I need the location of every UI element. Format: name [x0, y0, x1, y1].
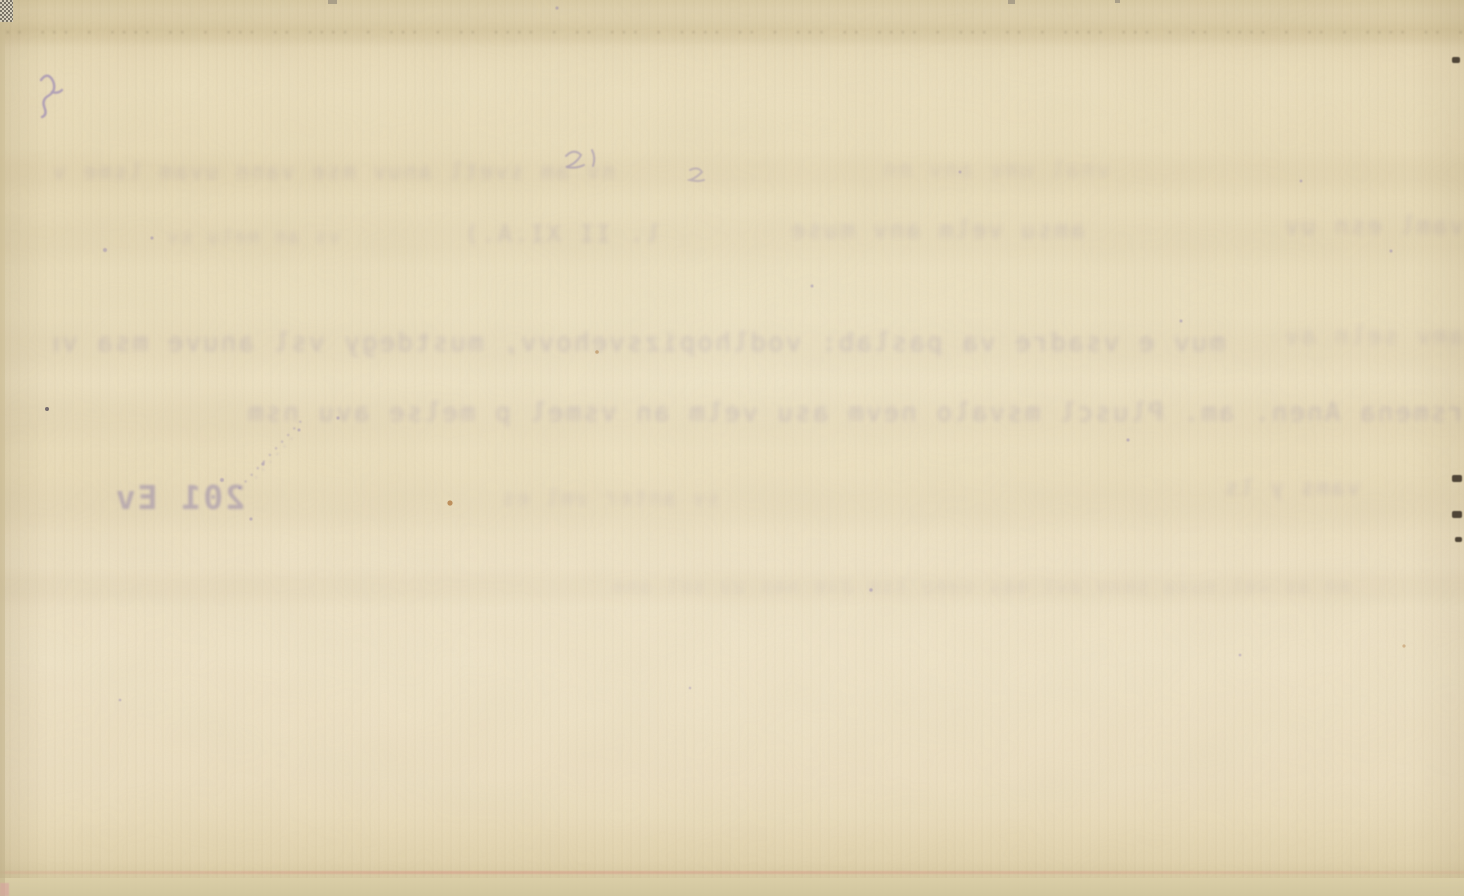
bleedthrough-row-5-right: vams y ls	[1130, 476, 1360, 501]
purple-pencil-squiggle	[41, 76, 62, 117]
scan-band	[0, 316, 1464, 378]
bleedthrough-row-5-mid: sv anter vml es	[430, 486, 720, 510]
bleedthrough-row-2c: amsu velm anv muse	[755, 216, 1085, 244]
scan-band	[0, 210, 1464, 268]
scan-band	[0, 20, 1464, 48]
scan-band	[0, 472, 1464, 536]
rust-specks	[45, 350, 1406, 647]
pink-scan-line	[0, 871, 1464, 874]
bleedthrough-row-2d: vaml esn uv	[1225, 212, 1464, 240]
scan-band	[0, 386, 1464, 450]
mirrored-number-stamp: 201 Ev	[55, 478, 245, 517]
ink-flecks	[103, 6, 1393, 701]
scan-vignette	[0, 0, 1464, 896]
bleedthrough-row-3: muv e vsadre va paslab: vodlhopizsvehovv…	[55, 328, 1225, 358]
purple-scratch-streak	[236, 421, 301, 492]
bleedthrough-row-3-tail: amv seln av	[1240, 322, 1464, 350]
right-edge-speck	[1452, 511, 1462, 518]
bleedthrough-row-2b: l. II XI.A.)	[470, 220, 660, 248]
paper-grain-texture	[0, 0, 1464, 896]
bleedthrough-row-1: nv am svetl anuv mse vann uvam lsme vau …	[55, 160, 615, 185]
bottom-left-pink-mark	[0, 883, 9, 896]
purple-scratch-streak-2	[252, 438, 292, 482]
bleedthrough-row-1b: vnal umv anv mn	[700, 158, 1110, 183]
bleedthrough-row-2a: vs an melu sv	[40, 226, 340, 248]
bottom-scan-strip	[0, 878, 1464, 896]
ink-marks-overlay	[0, 0, 1464, 896]
top-edge-tick	[1115, 0, 1120, 3]
top-edge-tick	[1008, 0, 1015, 4]
scan-band	[0, 148, 1464, 198]
top-speck-band: · ·· ···· · ·· · ···· ·· · ··· ···· · ··…	[0, 26, 1464, 39]
right-edge-speck	[1452, 475, 1462, 482]
left-edge-shadow	[0, 0, 5, 896]
screen-halftone-patch	[0, 0, 13, 22]
right-edge-speck	[1455, 537, 1462, 542]
scanned-document-page: · ·· ···· · ·· · ···· ·· · ··· ···· · ··…	[0, 0, 1464, 896]
hand-mark-2	[690, 168, 704, 181]
bleedthrough-row-6: mn as vel nuva smne avl mes vanu lsm ave…	[150, 576, 1350, 598]
scan-band	[0, 566, 1464, 608]
top-edge-tick	[328, 0, 337, 4]
hand-mark-1	[566, 150, 594, 168]
right-edge-speck	[1452, 57, 1460, 63]
bleedthrough-row-4: rsmena Anen. am. Pluscl msvalo nevm asu …	[0, 398, 1464, 428]
